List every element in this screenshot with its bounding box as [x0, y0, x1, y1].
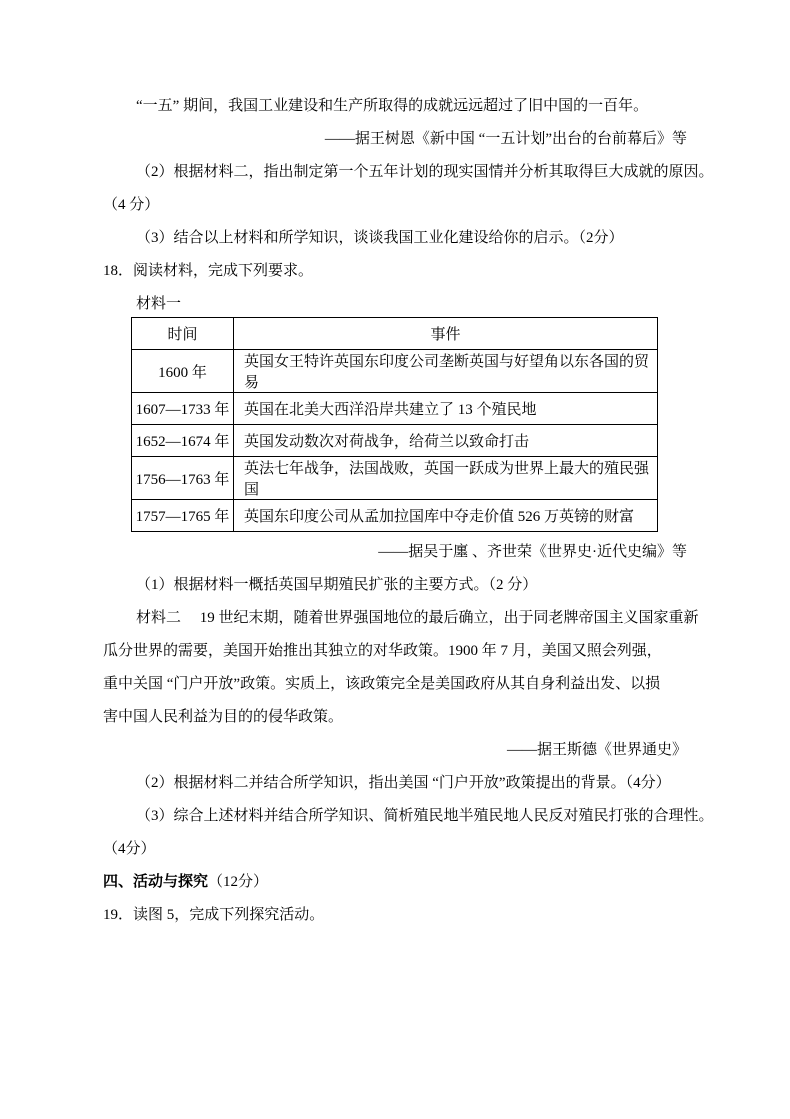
question-17-part2: （2）根据材料二，指出制定第一个五年计划的现实国情并分析其取得巨大成就的原因。 — [103, 156, 687, 189]
question-18-part2: （2）根据材料二并结合所学知识，指出美国 “门户开放”政策提出的背景。（4分） — [103, 767, 687, 800]
question-18-part3: （3）综合上述材料并结合所学知识、简析殖民地半殖民地人民反对殖民打张的合理性。 — [103, 800, 687, 833]
material-two-paragraph-line1: 材料二 19 世纪末期，随着世界强国地位的最后确立，出于同老牌帝国主义国家重新 — [103, 602, 687, 635]
section-four-score: （12分） — [208, 874, 268, 890]
question-19-stem: 19．读图 5，完成下列探究活动。 — [103, 899, 687, 932]
table-header-row: 时间 事件 — [132, 318, 658, 350]
material-two-paragraph-line4: 害中国人民利益为目的的侵华政策。 — [103, 701, 687, 734]
table-cell-event: 英法七年战争，法国战败，英国一跃成为世界上最大的殖民强国 — [234, 457, 658, 500]
material-one-table: 时间 事件 1600 年 英国女王特许英国东印度公司垄断英国与好望角以东各国的贸… — [131, 317, 658, 532]
table-cell-event: 英国在北美大西洋沿岸共建立了 13 个殖民地 — [234, 393, 658, 425]
paragraph-quote-material2-excerpt: “一五” 期间，我国工业建设和生产所取得的成就远远超过了旧中国的一百年。 — [103, 90, 687, 123]
table-header-event: 事件 — [234, 318, 658, 350]
exam-page: “一五” 期间，我国工业建设和生产所取得的成就远远超过了旧中国的一百年。 ——据… — [0, 0, 790, 1119]
table-row: 1607—1733 年 英国在北美大西洋沿岸共建立了 13 个殖民地 — [132, 393, 658, 425]
table-row: 1600 年 英国女王特许英国东印度公司垄断英国与好望角以东各国的贸易 — [132, 350, 658, 393]
table-cell-time: 1607—1733 年 — [132, 393, 234, 425]
table-cell-event: 英国女王特许英国东印度公司垄断英国与好望角以东各国的贸易 — [234, 350, 658, 393]
table-row: 1756—1763 年 英法七年战争，法国战败，英国一跃成为世界上最大的殖民强国 — [132, 457, 658, 500]
material-two-paragraph-line2: 瓜分世界的需要，美国开始推出其独立的对华政策。1900 年 7 月，美国又照会列… — [103, 635, 687, 668]
question-18-part3-score: （4分） — [103, 833, 687, 866]
table-cell-event: 英国发动数次对荷战争，给荷兰以致命打击 — [234, 425, 658, 457]
table-cell-time: 1652—1674 年 — [132, 425, 234, 457]
table-cell-event: 英国东印度公司从孟加拉国库中夺走价值 526 万英镑的财富 — [234, 500, 658, 532]
table-cell-time: 1756—1763 年 — [132, 457, 234, 500]
question-17-part3: （3）结合以上材料和所学知识，谈谈我国工业化建设给你的启示。（2分） — [103, 222, 687, 255]
table-row: 1652—1674 年 英国发动数次对荷战争，给荷兰以致命打击 — [132, 425, 658, 457]
material-two-paragraph-line3: 重中关国 “门户开放”政策。实质上，该政策完全是美国政府从其自身利益出发、以损 — [103, 668, 687, 701]
citation-material-one-source: ——据吴于廛 、齐世荣《世界史·近代史编》等 — [103, 536, 687, 569]
table-cell-time: 1600 年 — [132, 350, 234, 393]
question-18-part1: （1）根据材料一概括英国早期殖民扩张的主要方式。（2 分） — [103, 569, 687, 602]
citation-material-two-source: ——据王斯德《世界通史》 — [103, 734, 687, 767]
table-row: 1757—1765 年 英国东印度公司从孟加拉国库中夺走价值 526 万英镑的财… — [132, 500, 658, 532]
section-four-title: 四、活动与探究 — [103, 874, 208, 890]
table-header-time: 时间 — [132, 318, 234, 350]
table-cell-time: 1757—1765 年 — [132, 500, 234, 532]
section-four-heading: 四、活动与探究（12分） — [103, 866, 687, 899]
question-17-part2-score: （4 分） — [103, 189, 687, 222]
question-18-stem: 18．阅读材料，完成下列要求。 — [103, 255, 687, 288]
citation-material2-source: ——据王树恩《新中国 “一五计划”出台的台前幕后》等 — [103, 123, 687, 156]
